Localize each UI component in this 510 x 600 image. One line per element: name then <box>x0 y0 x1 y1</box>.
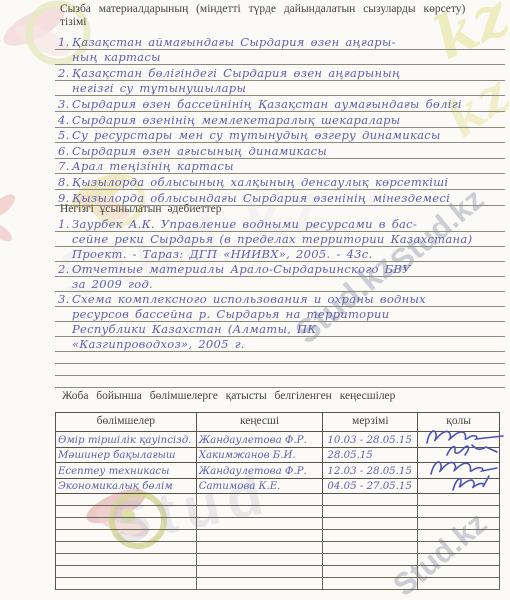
signature-scribble <box>445 471 509 497</box>
consultant-cell: Жандаулетова Ф.Р. <box>199 434 307 447</box>
literature-line: «Казгипроводхоз», 2005 г. <box>55 337 505 352</box>
consultant-cell: Хакимжанов Б.И. <box>199 449 296 462</box>
handwritten-text: Арал теңізінің картасы <box>72 160 234 173</box>
drawings-list-line: 1.Қазақстан аймағындағы Сырдария өзен аң… <box>55 34 505 50</box>
blank-ruled-line <box>55 352 505 364</box>
empty-table-row <box>56 554 500 566</box>
handwritten-text: Проект. - Тараз: ДГП «НИИВХ», 2005. - 43… <box>72 248 373 261</box>
handwritten-text: Қазақстан аймағындағы Сырдария өзен аңға… <box>72 36 396 49</box>
blank-ruled-line <box>55 364 505 376</box>
consultant-cell: Жандаулетова Ф.Р. <box>199 465 307 478</box>
drawings-list-line: 4.Сырдария өзенінің мемлекетаралық шекар… <box>55 112 505 128</box>
empty-table-row <box>56 518 500 530</box>
empty-table-row <box>56 542 500 554</box>
handwritten-text: Сырдария өзен бассейнінің Қазақстан аума… <box>72 98 462 111</box>
column-header-period: мерзімі <box>323 413 418 432</box>
literature-line: 2.Отчетные материалы Арало-Сырдарьинског… <box>55 262 505 277</box>
drawings-list-line: 8.Қызылорда облысының халқының денсаулық… <box>55 174 505 190</box>
handwritten-text: сейне реки Сырдарья (в пределах территор… <box>72 233 472 246</box>
drawings-list: 1.Қазақстан аймағындағы Сырдария өзен аң… <box>55 34 505 206</box>
section-cell: Экономикалық бөлім <box>58 480 173 493</box>
empty-table-row <box>56 530 500 542</box>
consultant-cell: Сатимова К.Е. <box>199 480 281 493</box>
literature-line: 1.Заурбек А.К. Управление водными ресурс… <box>55 217 505 232</box>
period-cell: 04.05 - 27.05.15 <box>327 480 411 493</box>
drawings-list-line: ның картасы <box>55 50 505 66</box>
drawings-list-line: 5.Су ресурстары мен су тұтынудың өзгеру … <box>55 128 505 144</box>
empty-table-row <box>56 578 500 590</box>
handwritten-text: «Казгипроводхоз», 2005 г. <box>72 338 245 351</box>
handwritten-text: Республики Казахстан (Алматы, ПК <box>72 323 317 336</box>
literature-line: Республики Казахстан (Алматы, ПК <box>55 322 505 337</box>
period-cell: 28.05.15 <box>327 449 372 462</box>
drawings-list-line: 2.Қазақстан бөлігіндегі Сырдария өзен аң… <box>55 65 505 81</box>
literature-line: 3.Схема комплексного использования и охр… <box>55 292 505 307</box>
period-cell: 12.03 - 28.05.15 <box>327 465 411 478</box>
drawings-list-line: 3.Сырдария өзен бассейнінің Қазақстан ау… <box>55 96 505 112</box>
section-cell: Мәшинер бақылағыш <box>58 449 176 462</box>
consultants-table: бөлімшелер кеңесші мерзімі қолы Өмір тір… <box>55 412 500 590</box>
literature-list: 1.Заурбек А.К. Управление водными ресурс… <box>55 217 505 388</box>
handwritten-text: Қызылорда облысының халқының денсаулық к… <box>72 176 448 189</box>
handwritten-text: за 2009 год. <box>72 278 153 291</box>
literature-heading: Негізгі ұсынылатын әдебиеттер <box>60 203 222 215</box>
empty-table-row <box>56 566 500 578</box>
literature-line: за 2009 год. <box>55 277 505 292</box>
drawings-list-line: 7.Арал теңізінің картасы <box>55 159 505 175</box>
column-header-sections: бөлімшелер <box>56 413 197 432</box>
handwritten-text: негізгі су тұтынушылары <box>72 82 246 95</box>
drawings-list-line: негізгі су тұтынушылары <box>55 81 505 97</box>
drawings-list-line: 6.Сырдария өзен ағысының динамикасы <box>55 143 505 159</box>
handwritten-text: Схема комплексного использования и охран… <box>72 293 426 306</box>
consultants-heading: Жоба бойынша бөлімшелерге қатысты белгіл… <box>62 390 395 402</box>
section-cell: Өмір тіршілік қауіпсізд. <box>58 434 191 447</box>
petal-watermark-leftedge <box>0 188 22 248</box>
handwritten-text: Заурбек А.К. Управление водными ресурсам… <box>72 218 417 231</box>
document-title-line1: Сызба материалдарының (міндетті түрде да… <box>60 3 508 15</box>
empty-table-row <box>56 494 500 506</box>
blank-ruled-line <box>55 376 505 388</box>
empty-table-row <box>56 506 500 518</box>
handwritten-text: ресурсов бассейна р. Сырдарья на террито… <box>72 308 389 321</box>
handwritten-text: Сырдария өзен ағысының динамикасы <box>72 145 327 158</box>
literature-line: сейне реки Сырдарья (в пределах территор… <box>55 232 505 247</box>
period-cell: 10.03 - 28.05.15 <box>327 434 411 447</box>
handwritten-text: Су ресурстары мен су тұтынудың өзгеру ди… <box>72 129 441 142</box>
handwritten-text: Сырдария өзенінің мемлекетаралық шекарал… <box>72 114 400 127</box>
literature-line: ресурсов бассейна р. Сырдарья на террито… <box>55 307 505 322</box>
document-title-line2: тізімі <box>60 16 86 28</box>
table-row: Есептеу техникасы Жандаулетова Ф.Р. 12.0… <box>56 463 500 479</box>
handwritten-text: Қазақстан бөлігіндегі Сырдария өзен аңға… <box>72 67 401 80</box>
handwritten-text: Отчетные материалы Арало-Сырдарьинского … <box>72 263 411 276</box>
handwritten-text: ның картасы <box>72 51 161 64</box>
table-row: Өмір тіршілік қауіпсізд. Жандаулетова Ф.… <box>56 432 500 448</box>
column-header-consultant: кеңесші <box>197 413 324 432</box>
section-cell: Есептеу техникасы <box>58 465 169 478</box>
scanned-document-page: Stud.kz Stud Stud.kz Stud.kz Stud.kz kz … <box>0 0 510 600</box>
literature-line: Проект. - Тараз: ДГП «НИИВХ», 2005. - 43… <box>55 247 505 262</box>
